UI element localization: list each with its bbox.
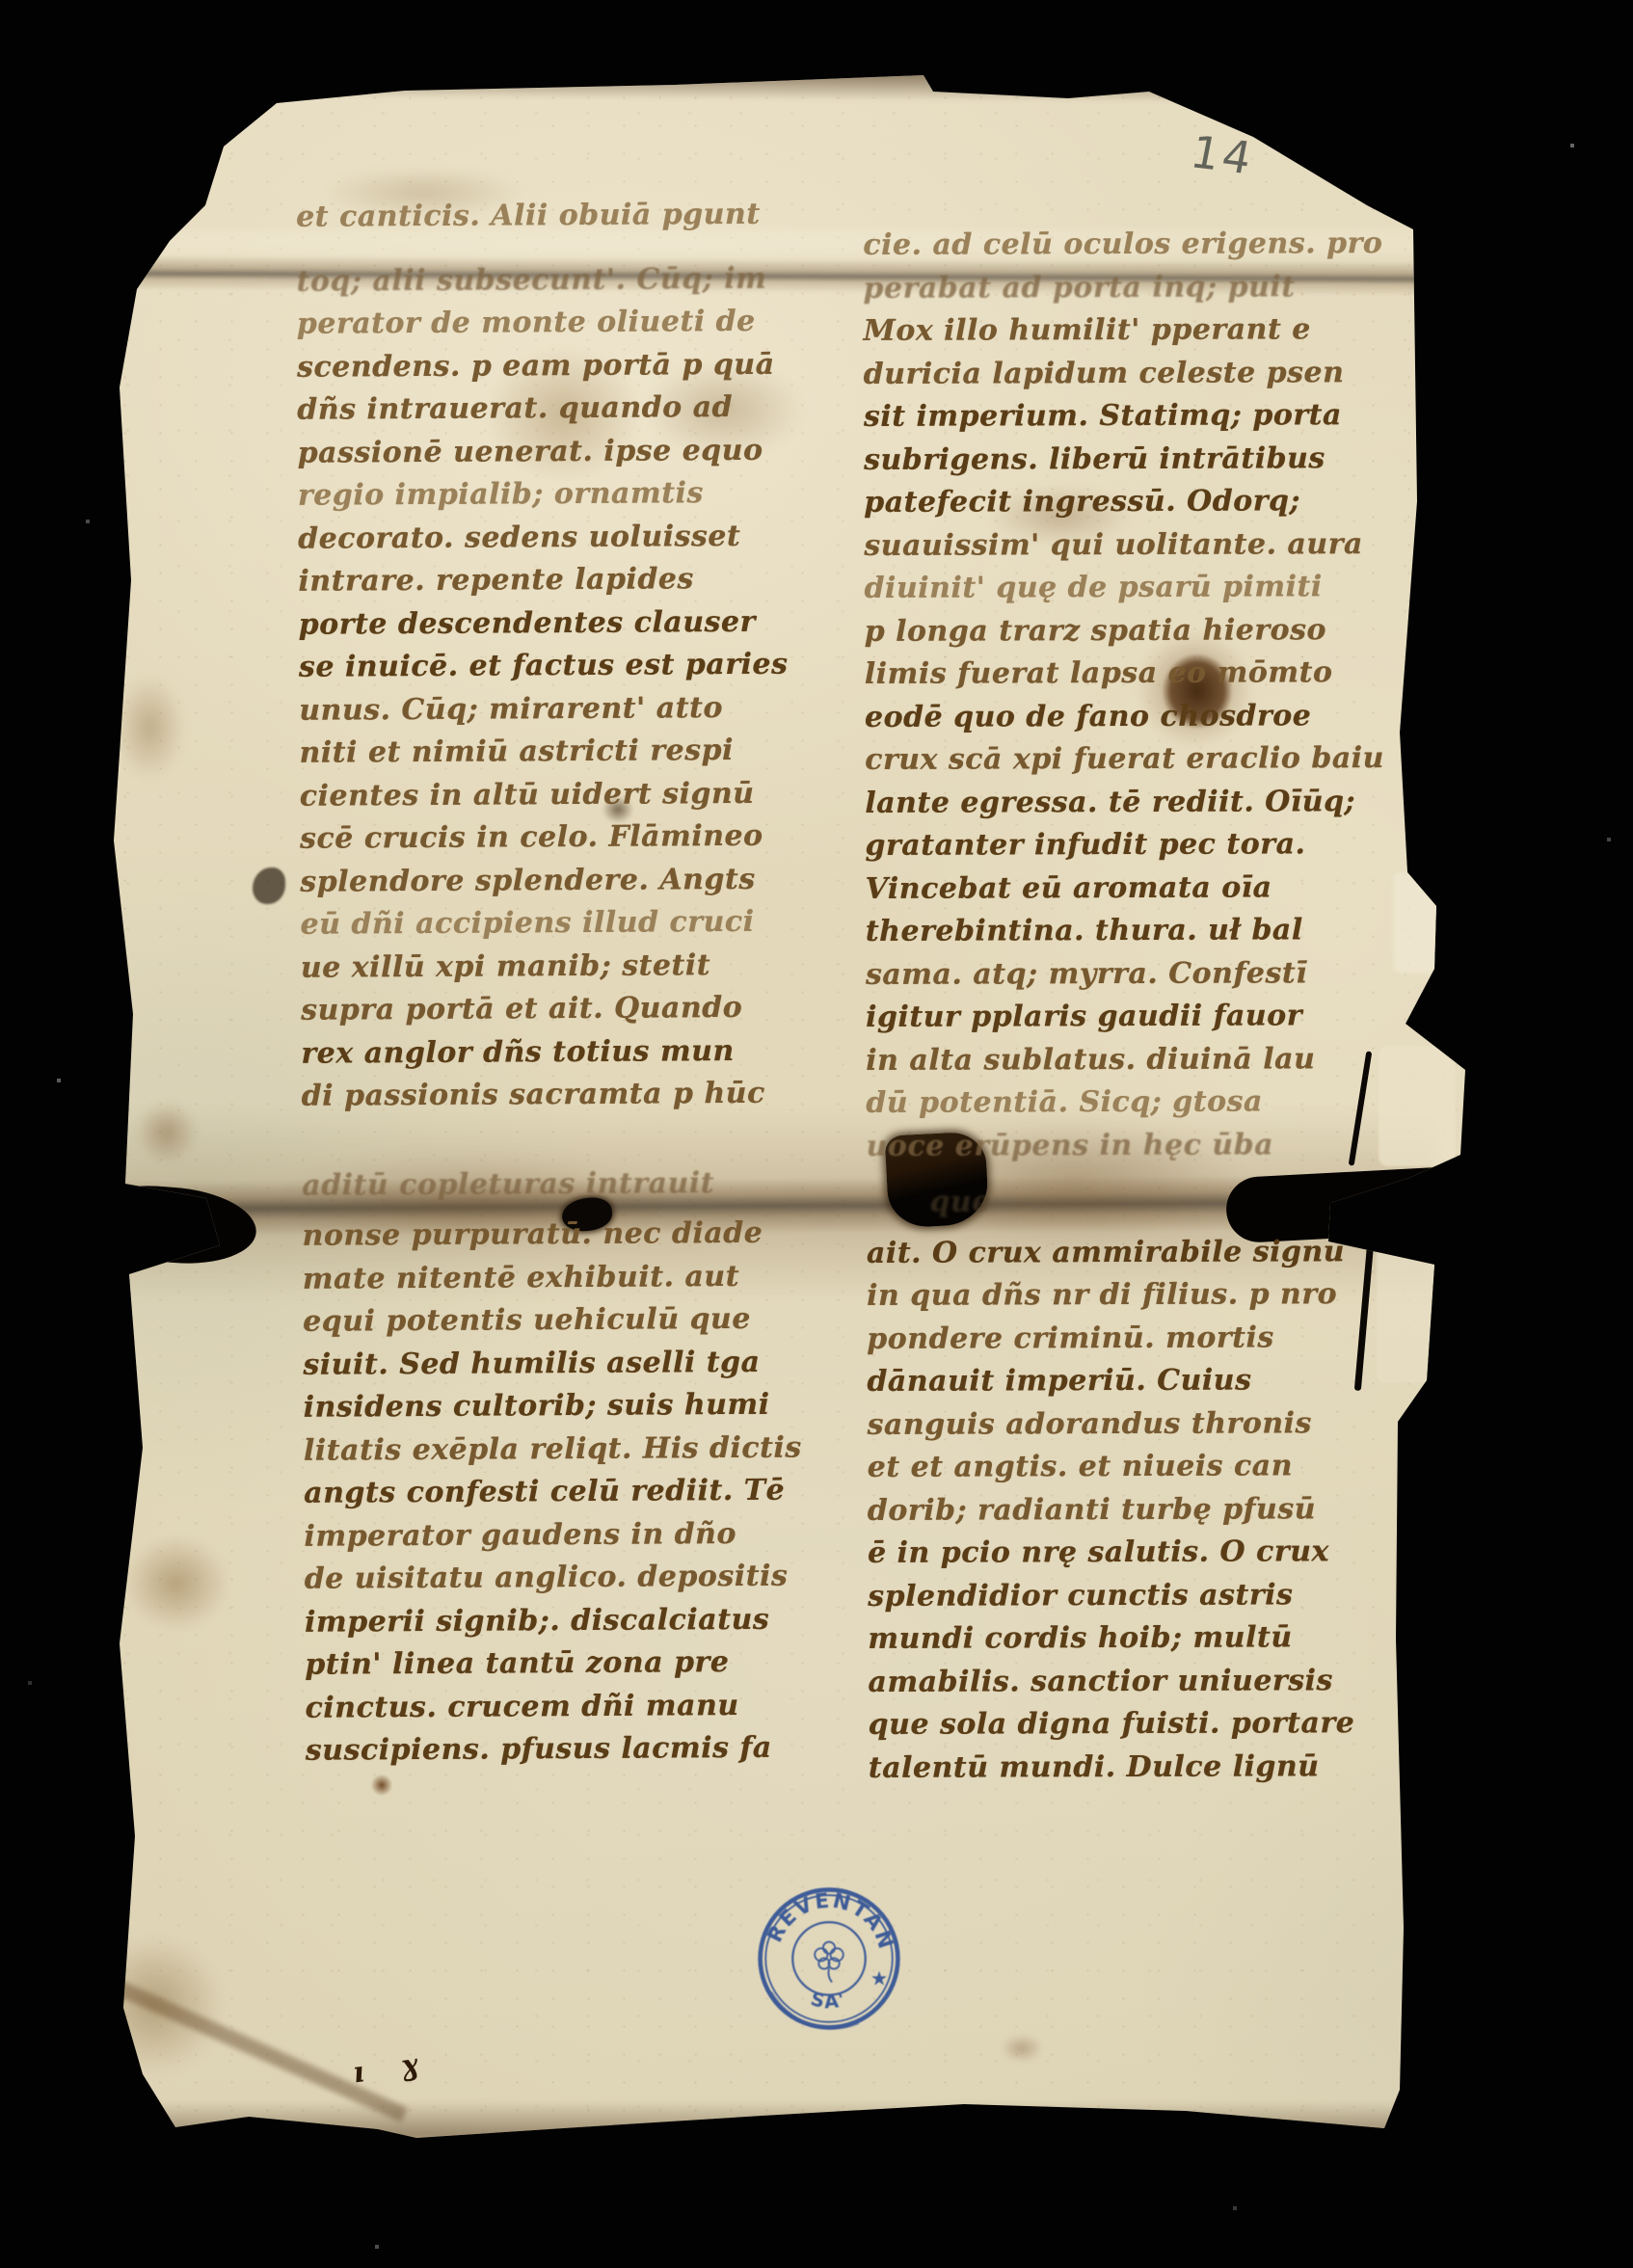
ornament-icon	[815, 1942, 843, 1983]
ink-blot	[253, 867, 285, 904]
manuscript-line: et canticis. Alii obuiā pgunt	[296, 193, 841, 239]
manuscript-line: ue xillū xpi manib; stetit	[301, 944, 845, 990]
manuscript-line: scendens. p eam portā p quā	[297, 343, 842, 389]
manuscript-line: p longa trarz spatia hieroso	[865, 609, 1361, 654]
manuscript-line: suauissim' qui uolitante. aura	[864, 523, 1360, 568]
manuscript-line: decorato. sedens uoluisset	[298, 515, 843, 561]
torn-flap	[1377, 1239, 1440, 1383]
dust-specks	[0, 0, 2, 2]
manuscript-line: litatis exēpla reliqt. His dictis	[304, 1427, 848, 1473]
manuscript-line: niti et nimiū astricti respi	[299, 729, 843, 775]
manuscript-line: gratanter infudit pec tora.	[865, 823, 1361, 867]
manuscript-line: porte descendentes clauser	[299, 600, 843, 647]
manuscript-line: splendore splendere. Angts	[300, 858, 844, 904]
tear-gap	[90, 1182, 258, 1268]
manuscript-line: equi potentis uehiculū que	[303, 1297, 847, 1344]
manuscript-line: dñs intrauerat. quando ad	[297, 386, 842, 432]
manuscript-line: diuinit' quę de psarū pimiti	[864, 566, 1360, 610]
manuscript-line: ē in pcio nrę salutis. O crux	[868, 1531, 1364, 1575]
manuscript-line: igitur pplaris gaudii fauor	[866, 995, 1362, 1039]
text-column-right: cie. ad celū oculos erigens. properabat …	[863, 194, 1365, 1790]
manuscript-line: angts confesti celū rediit. Tē	[304, 1469, 848, 1515]
manuscript-line: dū potentiā. Sicq; gtosa	[866, 1081, 1362, 1125]
manuscript-line: limis fuerat lapsa eo mōmto	[865, 652, 1361, 696]
manuscript-line: splendidior cunctis astris	[868, 1574, 1364, 1618]
manuscript-line: pondere criminū. mortis	[867, 1317, 1363, 1361]
manuscript-line: toq; alii subsecunt'. Cūq; im	[296, 257, 841, 304]
manuscript-line: se inuicē. et factus est paries	[299, 643, 843, 689]
stamp-inner-ring	[792, 1922, 865, 1994]
manuscript-line: imperator gaudens in dño	[304, 1512, 848, 1559]
manuscript-line: Vincebat eū aromata oīa	[866, 867, 1362, 911]
manuscript-line: amabilis. sanctior uniuersis	[868, 1660, 1364, 1704]
library-stamp: BREVENTANI SA' ★	[731, 1860, 927, 2057]
manuscript-line: ptin' linea tantū zona pre	[305, 1641, 849, 1687]
photo-background: et canticis. Alii obuiā pgunttoq; alii s…	[0, 0, 1633, 2268]
manuscript-line: mate nitentē exhibuit. aut	[303, 1255, 847, 1301]
pen-marks: ı ɣ	[351, 2045, 434, 2090]
manuscript-line: mundi cordis hoib; multū	[868, 1616, 1364, 1661]
manuscript-line: dorib; radianti turbę pfusū	[868, 1488, 1364, 1533]
manuscript-line: ait. O crux ammirabile signū	[867, 1231, 1363, 1275]
top-edge-shadow	[96, 67, 1427, 103]
manuscript-line: therebintina. thura. uł bal	[866, 909, 1362, 953]
manuscript-line: duricia lapidum celeste psen	[864, 352, 1360, 396]
curled-edge	[1393, 872, 1439, 974]
manuscript-line: siuit. Sed humilis aselli tga	[303, 1341, 847, 1387]
manuscript-line: subrigens. liberū intrātibus	[864, 438, 1360, 482]
manuscript-line: talentū mundi. Dulce lignū	[869, 1746, 1365, 1790]
stain	[993, 2029, 1051, 2068]
manuscript-line: que	[867, 1180, 1363, 1224]
stain	[123, 1089, 210, 1176]
manuscript-line: aditū copleturas intrauit	[302, 1161, 846, 1208]
manuscript-line: regio impialib; ornamtis	[298, 471, 843, 518]
manuscript-line: Mox illo humilit' pperant e	[864, 308, 1360, 353]
stain	[101, 655, 198, 800]
manuscript-line: eodē quo de fano chosdroe	[865, 695, 1361, 739]
stain	[366, 1770, 397, 1801]
torn-flap	[1379, 1046, 1456, 1166]
manuscript-line: imperii signib;. discalciatus	[305, 1598, 849, 1644]
stamp-bottom-text: SA'	[809, 1988, 850, 2013]
manuscript-line: de uisitatu anglico. depositis	[305, 1555, 849, 1601]
stain	[58, 1908, 251, 2101]
folio-number: 14	[1187, 125, 1258, 184]
manuscript-line: et et angtis. et niueis can	[868, 1445, 1364, 1489]
manuscript-line: uoce erūpens in hęc ūba	[866, 1124, 1362, 1168]
manuscript-line: que sola digna fuisti. portare	[869, 1702, 1365, 1747]
manuscript-line: eū dñi accipiens illud cruci	[300, 900, 844, 947]
manuscript-line: patefecit ingressū. Odorq;	[864, 480, 1360, 524]
manuscript-line: sama. atq; myrra. Confestī	[866, 952, 1362, 997]
manuscript-line: perabat ad porta inq; puit	[863, 266, 1359, 310]
manuscript-line: suscipiens. pfusus lacmis fa	[306, 1726, 850, 1773]
manuscript-line: crux scā xpi fuerat eraclio baiu	[865, 737, 1361, 782]
manuscript-line: cie. ad celū oculos erigens. pro	[863, 223, 1359, 267]
bottom-left-crease	[111, 1979, 408, 2122]
manuscript-line: cientes in altū uidert signū	[300, 772, 844, 818]
manuscript-line: lante egressa. tē rediit. Oīūq;	[865, 781, 1361, 825]
manuscript-line: rex anglor dñs totius mun	[301, 1029, 845, 1076]
text-column-left: et canticis. Alii obuiā pgunttoq; alii s…	[296, 193, 850, 1773]
parchment-leaf: et canticis. Alii obuiā pgunttoq; alii s…	[0, 0, 1633, 2268]
manuscript-line: unus. Cūq; mirarent' atto	[299, 686, 843, 733]
manuscript-line: in qua dñs nr di filius. p nro	[867, 1273, 1363, 1318]
manuscript-line: supra portā et ait. Quando	[301, 986, 845, 1032]
star-icon: ★	[870, 1967, 888, 1990]
bottom-edge-shadow	[116, 2101, 1407, 2140]
manuscript-line: insidens cultorib; suis humi	[304, 1383, 848, 1429]
manuscript-line: cinctus. crucem dñi manu	[305, 1684, 849, 1730]
manuscript-line: sit imperium. Statimq; porta	[864, 394, 1360, 439]
manuscript-line: passionē uenerat. ipse equo	[298, 429, 843, 475]
manuscript-line: intrare. repente lapides	[298, 557, 843, 603]
manuscript-line: sanguis adorandus thronis	[867, 1402, 1363, 1447]
manuscript-line: di passionis sacramta p hūc	[302, 1072, 846, 1118]
manuscript-line: dānauit imperiū. Cuius	[867, 1359, 1363, 1403]
stain	[104, 1518, 249, 1648]
manuscript-line: nonse purpuratū. nec diade	[302, 1212, 846, 1258]
manuscript-line: scē crucis in celo. Flāmineo	[300, 814, 844, 861]
manuscript-line: in alta sublatus. diuinā lau	[866, 1038, 1362, 1082]
manuscript-line: perator de monte oliueti de	[297, 300, 842, 346]
